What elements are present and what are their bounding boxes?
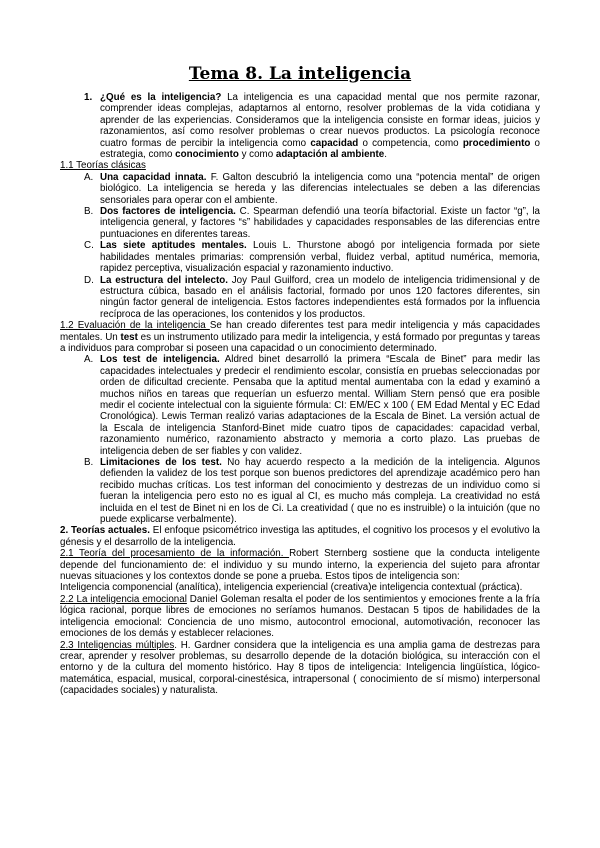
list-item: A.Los test de inteligencia. Aldred binet…	[60, 354, 540, 457]
text-segment: o competencia, como	[358, 138, 463, 149]
paragraph: Inteligencia componencial (analítica), i…	[60, 582, 540, 593]
list-marker: C.	[84, 240, 94, 251]
paragraph: 2.2 La inteligencia emocional Daniel Gol…	[60, 594, 540, 640]
text-segment: Una capacidad innata.	[100, 172, 206, 183]
text-segment: Aldred binet desarrolló la primera “Esca…	[100, 354, 540, 456]
text-segment: Las siete aptitudes mentales.	[100, 240, 247, 251]
text-segment: y como	[239, 149, 276, 160]
text-segment: La estructura del intelecto.	[100, 275, 228, 286]
text-segment: Dos factores de inteligencia.	[100, 206, 236, 217]
list-marker: D.	[84, 275, 94, 286]
list-item: C.Las siete aptitudes mentales. Louis L.…	[60, 240, 540, 274]
document-body: 1.¿Qué es la inteligencia? La inteligenc…	[60, 92, 540, 697]
paragraph: 2.1 Teoría del procesamiento de la infor…	[60, 548, 540, 582]
text-segment: 2.3 Inteligencias múltiples	[60, 640, 174, 651]
paragraph: 2. Teorías actuales. El enfoque psicomét…	[60, 525, 540, 548]
text-segment: 2.1 Teoría del procesamiento de la infor…	[60, 548, 289, 559]
list-marker: B.	[84, 206, 93, 217]
text-segment: 2.2 La inteligencia emocional	[60, 594, 187, 605]
text-segment: .	[384, 149, 387, 160]
text-segment: Inteligencia componencial (analítica), i…	[60, 582, 522, 593]
text-segment: 2. Teorías actuales.	[60, 525, 150, 536]
text-segment: 1.1 Teorías clásicas	[60, 160, 146, 171]
list-item: 1.¿Qué es la inteligencia? La inteligenc…	[60, 92, 540, 160]
list-marker: B.	[84, 457, 93, 468]
text-segment: 1.2 Evaluación de la inteligencia	[60, 320, 210, 331]
text-segment: adaptación al ambiente	[276, 149, 384, 160]
document-page: Tema 8. La inteligencia 1.¿Qué es la int…	[0, 0, 600, 848]
text-segment: Los test de inteligencia.	[100, 354, 220, 365]
text-segment: ¿Qué es la inteligencia?	[100, 92, 221, 103]
paragraph: 1.1 Teorías clásicas	[60, 160, 540, 171]
list-item: B.Limitaciones de los test. No hay acuer…	[60, 457, 540, 525]
paragraph: 2.3 Inteligencias múltiples. H. Gardner …	[60, 640, 540, 697]
list-marker: A.	[84, 354, 93, 365]
text-segment: Limitaciones de los test.	[100, 457, 222, 468]
text-segment: test	[120, 332, 137, 343]
text-segment: capacidad	[310, 138, 358, 149]
list-item: D.La estructura del intelecto. Joy Paul …	[60, 275, 540, 321]
list-item: A.Una capacidad innata. F. Galton descub…	[60, 172, 540, 206]
list-item: B.Dos factores de inteligencia. C. Spear…	[60, 206, 540, 240]
text-segment: procedimiento	[463, 138, 531, 149]
text-segment: conocimiento	[175, 149, 239, 160]
page-title: Tema 8. La inteligencia	[60, 64, 540, 85]
list-marker: 1.	[84, 92, 92, 103]
paragraph: 1.2 Evaluación de la inteligencia Se han…	[60, 320, 540, 354]
list-marker: A.	[84, 172, 93, 183]
